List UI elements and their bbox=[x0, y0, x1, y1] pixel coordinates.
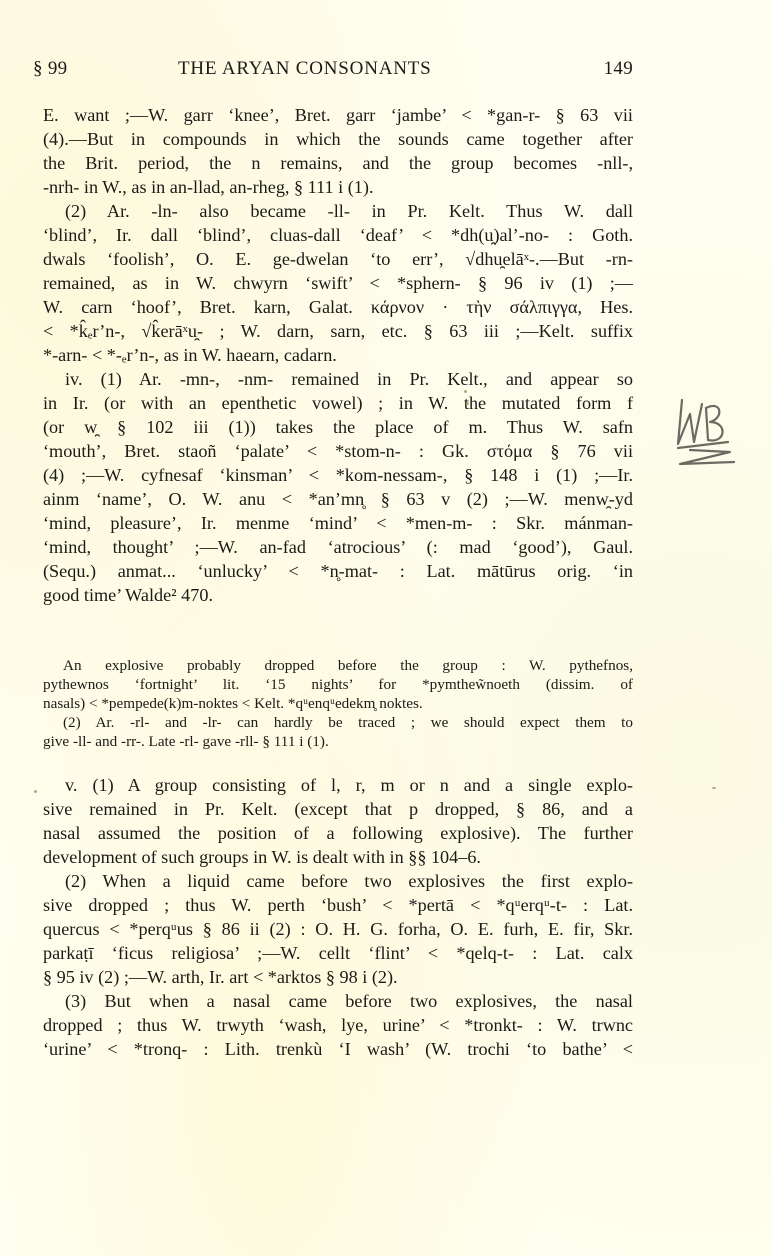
text-line: (4).—But in compounds in which the sound… bbox=[43, 127, 633, 151]
text-line: sive dropped ; thus W. perth ‘bush’ < *p… bbox=[43, 893, 633, 917]
text-line: dwals ‘foolish’, O. E. ge-dwelan ‘to err… bbox=[43, 247, 633, 271]
text-line: nasal assumed the position of a followin… bbox=[43, 821, 633, 845]
text-line: v. (1) A group consisting of l, r, m or … bbox=[43, 773, 633, 797]
text-line: ‘blind’, Ir. dall ‘blind’, cluas-dall ‘d… bbox=[43, 223, 633, 247]
text-line: development of such groups in W. is deal… bbox=[43, 845, 633, 869]
text-line: *-arn- < *-ₑr’n-, as in W. haearn, cadar… bbox=[43, 343, 633, 367]
text-line: quercus < *perqᵘus § 86 ii (2) : O. H. G… bbox=[43, 917, 633, 941]
note-line: give -ll- and -rr-. Late -rl- gave -rll-… bbox=[43, 732, 633, 751]
text-line: (2) Ar. -ln- also became -ll- in Pr. Kel… bbox=[43, 199, 633, 223]
text-line: remained, as in W. chwyrn ‘swift’ < *sph… bbox=[43, 271, 633, 295]
note-line: nasals) < *pempede(k)m-noktes < Kelt. *q… bbox=[43, 694, 633, 713]
text-line: ainm ‘name’, O. W. anu < *an’mn̥ § 63 v … bbox=[43, 487, 633, 511]
text-line: (Sequ.) anmat... ‘unlucky’ < *n̥-mat- : … bbox=[43, 559, 633, 583]
text-line: dropped ; thus W. trwyth ‘wash, lye, uri… bbox=[43, 1013, 633, 1037]
text-line: < *k̂ₑr’n-, √k̂erāˣu̯- ; W. darn, sarn, … bbox=[43, 319, 633, 343]
main-text: E. want ;—W. garr ‘knee’, Bret. garr ‘ja… bbox=[43, 103, 633, 607]
note-line: An explosive probably dropped before the… bbox=[43, 656, 633, 675]
paper-speck bbox=[34, 790, 37, 793]
note-line: pythewnos ‘fortnight’ lit. ‘15 nights’ f… bbox=[43, 675, 633, 694]
text-line: parkaṭī ‘ficus religiosa’ ;—W. cellt ‘fl… bbox=[43, 941, 633, 965]
small-print-note: An explosive probably dropped before the… bbox=[43, 656, 633, 751]
text-line: sive remained in Pr. Kelt. (except that … bbox=[43, 797, 633, 821]
text-line: ‘mind, thought’ ;—W. an-fad ‘atrocious’ … bbox=[43, 535, 633, 559]
initials-wb-icon bbox=[672, 392, 742, 472]
text-line: iv. (1) Ar. -mn-, -nm- remained in Pr. K… bbox=[43, 367, 633, 391]
section-v-text: v. (1) A group consisting of l, r, m or … bbox=[43, 773, 633, 1061]
page-number: 149 bbox=[604, 58, 633, 80]
paper-speck bbox=[712, 787, 716, 789]
book-page: § 99 THE ARYAN CONSONANTS 149 E. want ;—… bbox=[0, 0, 772, 1256]
text-line: (4) ;—W. cyfnesaf ‘kinsman’ < *kom-nessa… bbox=[43, 463, 633, 487]
text-line: in Ir. (or with an epenthetic vowel) ; i… bbox=[43, 391, 633, 415]
text-line: E. want ;—W. garr ‘knee’, Bret. garr ‘ja… bbox=[43, 103, 633, 127]
text-line: § 95 iv (2) ;—W. arth, Ir. art < *arktos… bbox=[43, 965, 633, 989]
text-line: ‘urine’ < *tronq- : Lith. trenkù ‘I wash… bbox=[43, 1037, 633, 1061]
text-line: -nrh- in W., as in an-llad, an-rheg, § 1… bbox=[43, 175, 633, 199]
text-line: good time’ Walde² 470. bbox=[43, 583, 633, 607]
text-line: (3) But when a nasal came before two exp… bbox=[43, 989, 633, 1013]
handwritten-initials bbox=[672, 392, 742, 472]
paper-speck bbox=[464, 390, 467, 393]
text-line: ‘mind, pleasure’, Ir. menme ‘mind’ < *me… bbox=[43, 511, 633, 535]
text-line: ‘mouth’, Bret. staoñ ‘palate’ < *stom-n-… bbox=[43, 439, 633, 463]
paper-speck bbox=[466, 402, 469, 405]
text-line: (2) When a liquid came before two explos… bbox=[43, 869, 633, 893]
section-number: § 99 bbox=[33, 58, 67, 80]
text-line: the Brit. period, the n remains, and the… bbox=[43, 151, 633, 175]
text-line: (or w̯ § 102 iii (1)) takes the place of… bbox=[43, 415, 633, 439]
running-head: § 99 THE ARYAN CONSONANTS 149 bbox=[33, 58, 633, 84]
text-line: W. carn ‘hoof’, Bret. karn, Galat. κάρνο… bbox=[43, 295, 633, 319]
chapter-title: THE ARYAN CONSONANTS bbox=[178, 58, 432, 80]
note-line: (2) Ar. -rl- and -lr- can hardly be trac… bbox=[43, 713, 633, 732]
